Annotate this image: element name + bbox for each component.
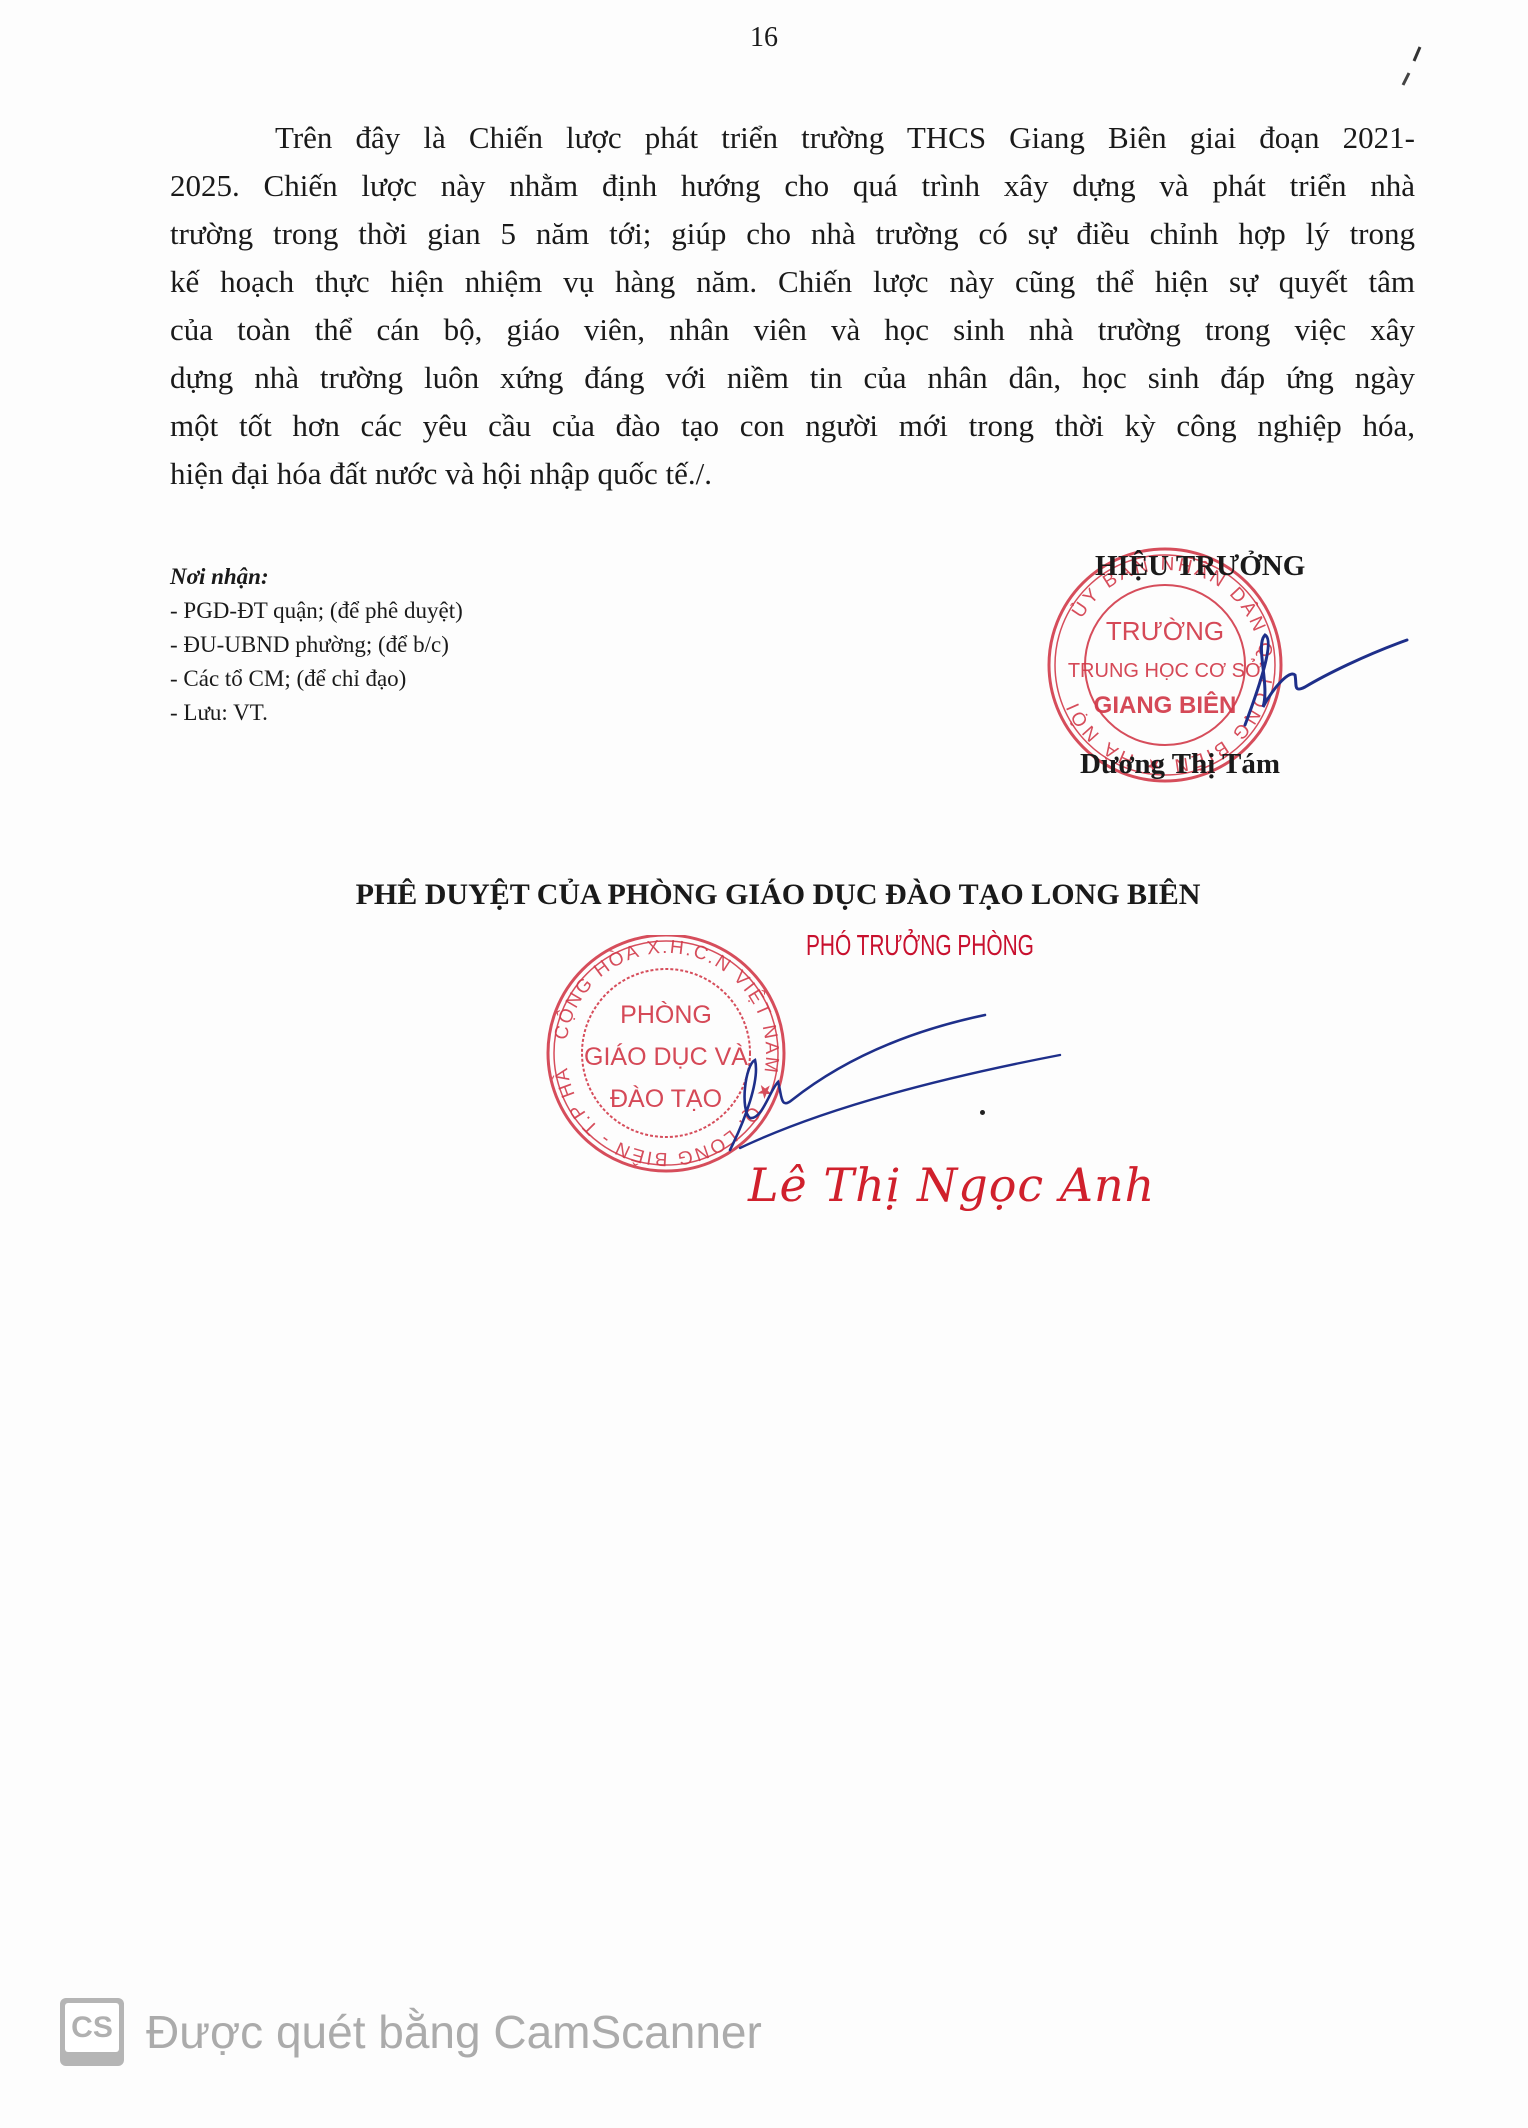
- recipient-item: - Lưu: VT.: [170, 696, 463, 730]
- scan-marks: [1398, 45, 1428, 105]
- stamp-line: TRƯỜNG: [1106, 616, 1224, 646]
- paragraph-line: dựng nhà trường luôn xứng đáng với niềm …: [170, 360, 1415, 396]
- watermark-text: Được quét bằng CamScanner: [146, 2005, 762, 2059]
- recipient-item: - PGD-ĐT quận; (để phê duyệt): [170, 594, 463, 628]
- paragraph-line: trường trong thời gian 5 năm tới; giúp c…: [170, 216, 1415, 252]
- paragraph-line: kế hoạch thực hiện nhiệm vụ hàng năm. Ch…: [170, 264, 1415, 300]
- stamp-line: PHÒNG: [620, 1000, 712, 1029]
- principal-title: HIỆU TRƯỞNG: [1095, 550, 1305, 583]
- recipient-item: - ĐU-UBND phường; (để b/c): [170, 628, 463, 662]
- page-number: 16: [0, 22, 1528, 54]
- stamp-line: GIANG BIÊN: [1094, 691, 1237, 719]
- approval-signer-title: PHÓ TRƯỞNG PHÒNG: [806, 930, 1034, 963]
- paragraph-line: một tốt hơn các yêu cầu của đào tạo con …: [170, 408, 1415, 444]
- paragraph-line: 2025. Chiến lược này nhằm định hướng cho…: [170, 168, 1415, 204]
- ink-dot: [980, 1110, 985, 1115]
- paragraph-line: Trên đây là Chiến lược phát triển trường…: [275, 120, 1415, 156]
- principal-name: Dương Thị Tám: [1080, 748, 1280, 781]
- camscanner-watermark: CS Được quét bằng CamScanner: [60, 1998, 762, 2066]
- recipients-title: Nơi nhận:: [170, 560, 463, 594]
- approval-heading: PHÊ DUYỆT CỦA PHÒNG GIÁO DỤC ĐÀO TẠO LON…: [283, 878, 1273, 912]
- recipients-block: Nơi nhận: - PGD-ĐT quận; (để phê duyệt) …: [170, 560, 463, 730]
- camscanner-logo-icon: CS: [60, 1998, 124, 2066]
- stamp-line: TRUNG HỌC CƠ SỞ: [1068, 658, 1262, 682]
- paragraph-line: hiện đại hóa đất nước và hội nhập quốc t…: [170, 456, 1415, 492]
- principal-signature: [1235, 615, 1415, 735]
- paragraph-line: của toàn thể cán bộ, giáo viên, nhân viê…: [170, 312, 1415, 348]
- approval-signature: [700, 1000, 1100, 1160]
- approval-signer-name: Lê Thị Ngọc Anh: [748, 1158, 1155, 1212]
- recipient-item: - Các tổ CM; (để chỉ đạo): [170, 662, 463, 696]
